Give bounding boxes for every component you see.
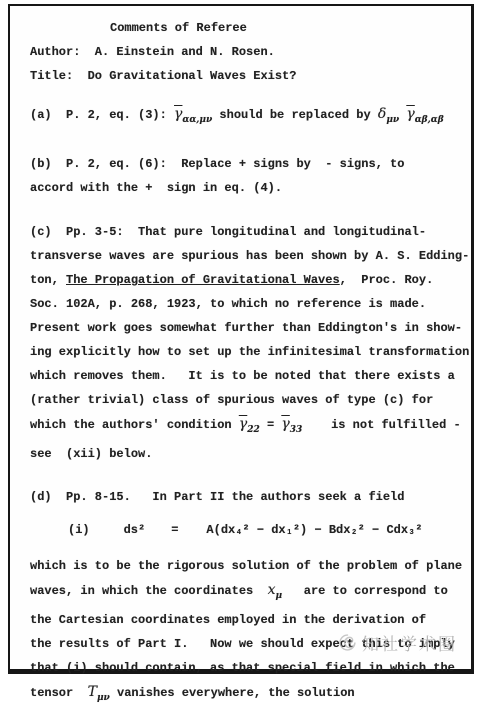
watermark: 知社学术圈 <box>338 630 457 655</box>
equation-i: (i)ds²=A(dx₄² − dx₁²) − Bdx₂² − Cdx₃² <box>30 518 465 542</box>
equation-label: (i) <box>68 523 90 537</box>
gamma-33-subscript: 33 <box>290 425 303 435</box>
item-d-line3-post: are to correspond to <box>282 584 448 598</box>
gamma-bar-symbol: γ <box>239 416 247 432</box>
item-c-line9-post: is not fulfilled - <box>302 418 460 432</box>
item-c-line10: see (xii) below. <box>30 442 465 466</box>
document-content: Comments of Referee Author: A. Einstein … <box>30 10 465 684</box>
item-d-line3: waves, in which the coordinates xμ are t… <box>30 578 465 608</box>
item-c-line2: transverse waves are spurious has been s… <box>30 244 465 268</box>
equation-rhs: A(dx₄² − dx₁²) − Bdx₂² − Cdx₃² <box>206 523 422 537</box>
item-d-line3-pre: waves, in which the coordinates <box>30 584 268 598</box>
cited-paper-title: The Propagation of Gravitational Waves <box>66 273 340 287</box>
item-c-line3-post: , Proc. Roy. <box>340 273 434 287</box>
gamma-bar-symbol: γ <box>281 416 289 432</box>
item-b-line2: accord with the + sign in eq. (4). <box>30 176 465 200</box>
gamma-22-subscript: 22 <box>247 425 260 435</box>
page-border-frame: Comments of Referee Author: A. Einstein … <box>8 4 474 674</box>
item-c-line4: Soc. 102A, p. 268, 1923, to which no ref… <box>30 292 465 316</box>
delta-subscript: μν <box>386 115 399 125</box>
item-a-middle: should be replaced by <box>212 108 378 122</box>
item-c-line3: ton, The Propagation of Gravitational Wa… <box>30 268 465 292</box>
item-c-line3-pre: ton, <box>30 273 66 287</box>
item-c-line6: ing explicitly how to set up the infinit… <box>30 340 465 364</box>
paper-title-line: Title: Do Gravitational Waves Exist? <box>30 64 465 88</box>
equation-equals: = <box>171 523 178 537</box>
gamma-subscript: αα,μν <box>182 115 212 125</box>
item-a-text: (a) P. 2, eq. (3): <box>30 108 174 122</box>
item-c: (c) Pp. 3-5: That pure longitudinal and … <box>30 220 465 466</box>
item-c-line8: (rather trivial) class of spurious waves… <box>30 388 465 412</box>
item-d-line7: tensor Tμν vanishes everywhere, the solu… <box>30 680 465 684</box>
item-c-line1: (c) Pp. 3-5: That pure longitudinal and … <box>30 220 465 244</box>
page-title: Comments of Referee <box>110 16 465 40</box>
gamma-subscript: αβ,αβ <box>415 115 444 125</box>
watermark-swirl-icon <box>338 633 357 652</box>
author-line: Author: A. Einstein and N. Rosen. <box>30 40 465 64</box>
scanned-document: Comments of Referee Author: A. Einstein … <box>0 0 484 684</box>
item-b-line1: (b) P. 2, eq. (6): Replace + signs by - … <box>30 152 465 176</box>
item-d-line4: the Cartesian coordinates employed in th… <box>30 608 465 632</box>
equals-sign: = <box>260 418 282 432</box>
gamma-bar-symbol: γ <box>406 106 414 122</box>
item-d-line6: that (i) should contain, as that special… <box>30 656 465 680</box>
item-c-line5: Present work goes somewhat further than … <box>30 316 465 340</box>
item-a-line: (a) P. 2, eq. (3): γαα,μν should be repl… <box>30 102 465 132</box>
x-mu-symbol: x <box>268 582 276 598</box>
item-c-line7: which removes them. It is to be noted th… <box>30 364 465 388</box>
watermark-text: 知社学术圈 <box>362 630 457 655</box>
equation-lhs: ds² <box>124 523 146 537</box>
item-d-line1: (d) Pp. 8-15. In Part II the authors see… <box>30 485 465 509</box>
item-d-line2: which is to be the rigorous solution of … <box>30 554 465 578</box>
item-c-line9-pre: which the authors' condition <box>30 418 239 432</box>
item-b: (b) P. 2, eq. (6): Replace + signs by - … <box>30 152 465 200</box>
item-c-line9: which the authors' condition γ22 = γ33 i… <box>30 412 465 442</box>
